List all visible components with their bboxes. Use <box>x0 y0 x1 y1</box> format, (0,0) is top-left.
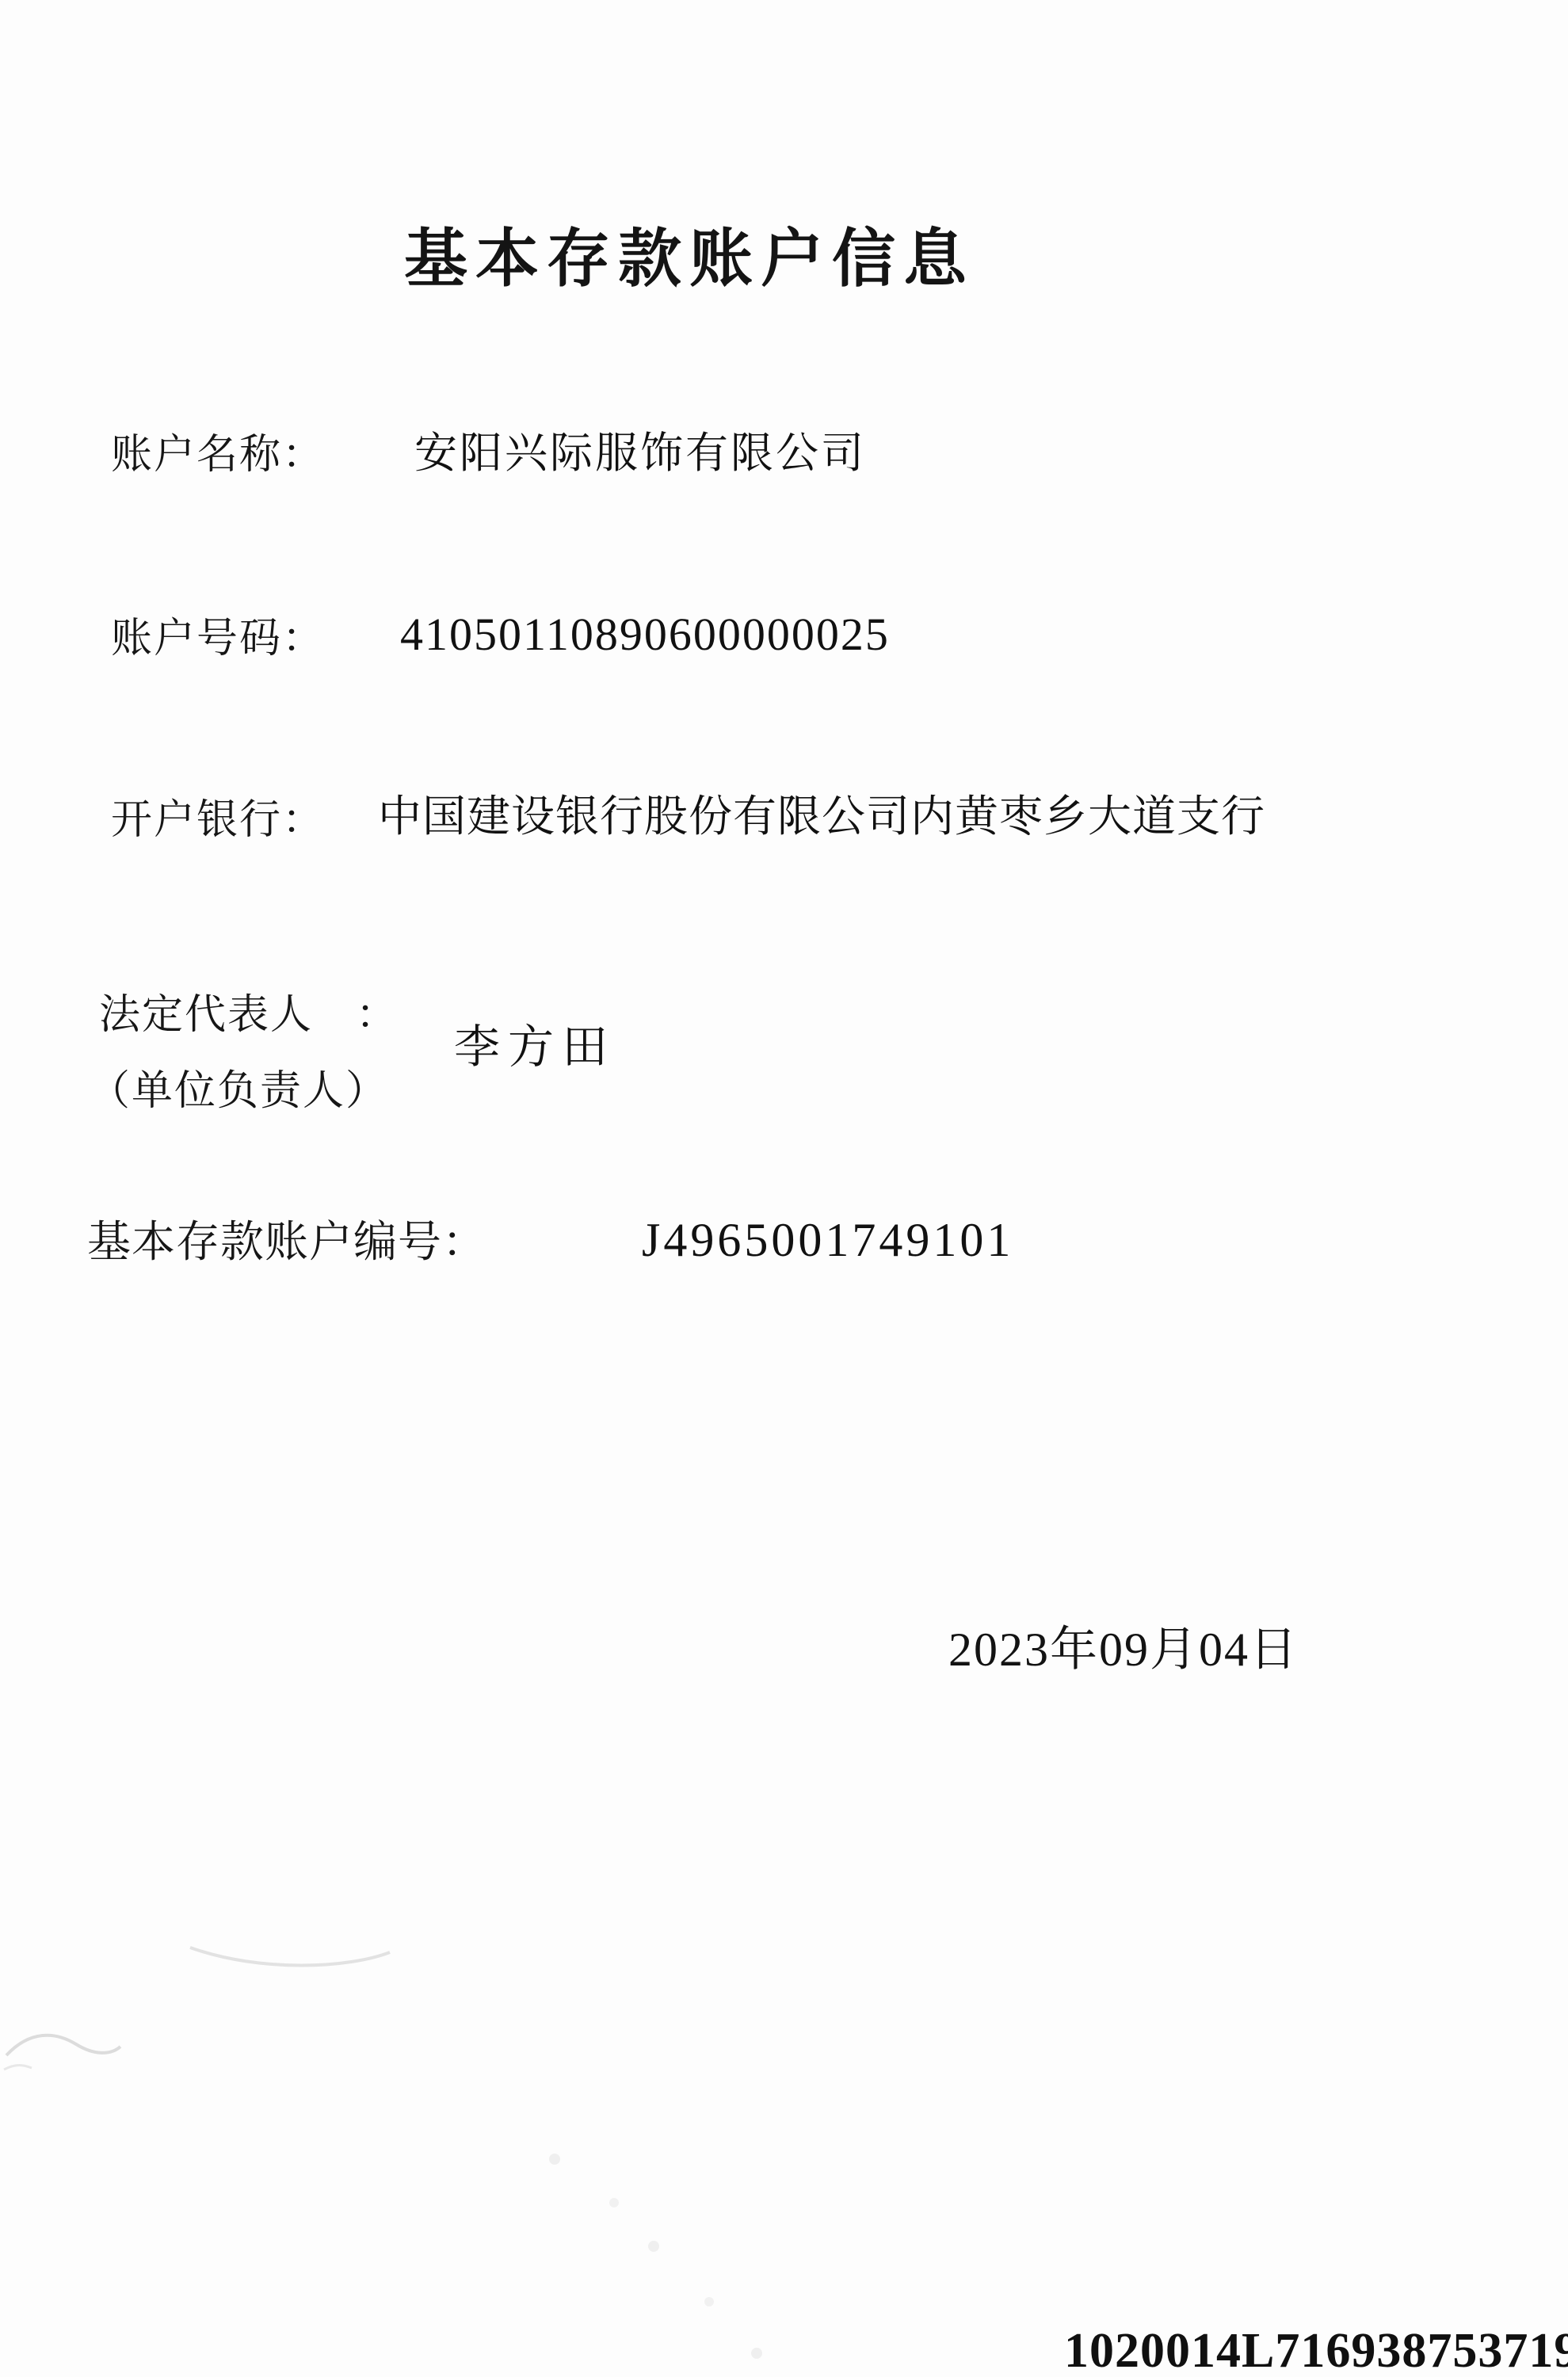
account-number-label: 账户号码： <box>111 619 325 660</box>
account-code-value: J4965001749101 <box>642 1216 1013 1264</box>
footer-serial: 1020014L71693875371920 <box>1064 2326 1568 2375</box>
legal-rep-label-line1: 法定代表人 ： <box>99 995 399 1036</box>
account-number-value: 41050110890600000025 <box>400 612 890 658</box>
account-code-label: 基本存款账户编号： <box>87 1220 486 1264</box>
document-title: 基本存款账户信息 <box>404 228 975 292</box>
scan-artifact <box>0 1886 951 2377</box>
bank-label: 开户银行： <box>111 800 325 841</box>
account-name-label: 账户名称： <box>111 435 325 476</box>
legal-rep-value: 李方田 <box>454 1024 616 1070</box>
account-name-value: 安阳兴际服饰有限公司 <box>414 432 866 475</box>
scanned-document-page: 基本存款账户信息 账户名称： 安阳兴际服饰有限公司 账户号码： 41050110… <box>0 0 1568 2377</box>
legal-rep-label-line2: （单位负责人） <box>89 1071 388 1112</box>
bank-value: 中国建设银行股份有限公司内黄枣乡大道支行 <box>378 795 1265 838</box>
issue-date: 2023年09月04日 <box>948 1626 1299 1673</box>
